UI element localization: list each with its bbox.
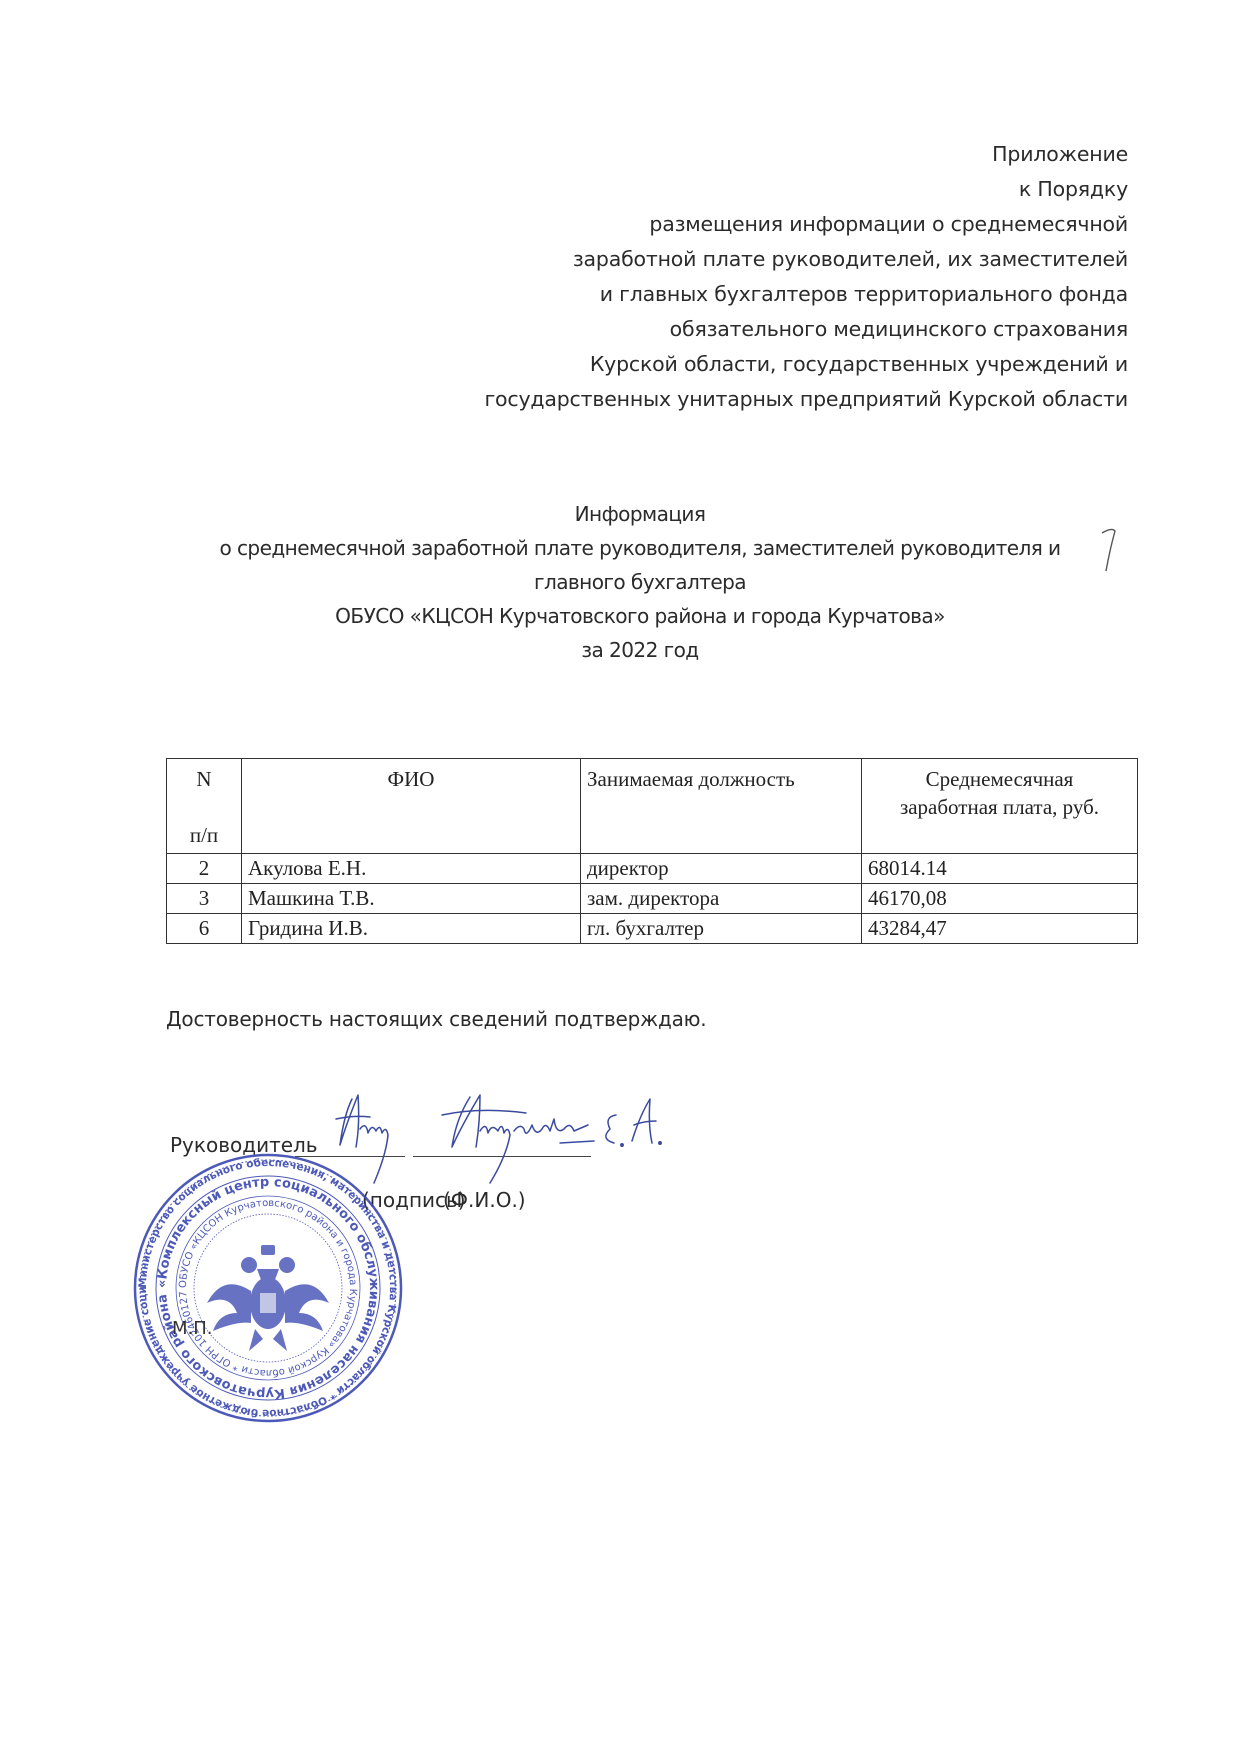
cell-position: директор bbox=[581, 854, 862, 884]
title-line: Информация bbox=[160, 497, 1120, 531]
header-number: N п/п bbox=[167, 759, 242, 854]
cell-salary: 43284,47 bbox=[862, 914, 1138, 944]
header-position: Занимаемая должность bbox=[581, 759, 862, 854]
official-stamp-icon: Министерство социального обеспечения, ма… bbox=[133, 1153, 403, 1423]
table-row: 2 Акулова Е.Н. директор 68014.14 bbox=[167, 854, 1138, 884]
cell-name: Машкина Т.В. bbox=[242, 884, 581, 914]
appendix-line: заработной плате руководителей, их замес… bbox=[484, 242, 1128, 277]
handwritten-signature-icon bbox=[330, 1085, 810, 1185]
appendix-line: Курской области, государственных учрежде… bbox=[484, 347, 1128, 382]
title-line: о среднемесячной заработной плате руково… bbox=[160, 531, 1120, 565]
appendix-line: размещения информации о среднемесячной bbox=[484, 207, 1128, 242]
appendix-header: Приложение к Порядку размещения информац… bbox=[484, 137, 1128, 417]
table-row: 3 Машкина Т.В. зам. директора 46170,08 bbox=[167, 884, 1138, 914]
cell-number: 3 bbox=[167, 884, 242, 914]
cell-name: Акулова Е.Н. bbox=[242, 854, 581, 884]
confirmation-text: Достоверность настоящих сведений подтвер… bbox=[166, 1007, 706, 1031]
name-caption: (Ф.И.О.) bbox=[443, 1188, 526, 1212]
document-title: Информация о среднемесячной заработной п… bbox=[160, 497, 1120, 667]
table-header-row: N п/п ФИО Занимаемая должность Среднемес… bbox=[167, 759, 1138, 854]
title-line: главного бухгалтера bbox=[160, 565, 1120, 599]
title-line: ОБУСО «КЦСОН Курчатовского района и горо… bbox=[160, 599, 1120, 633]
cell-salary: 68014.14 bbox=[862, 854, 1138, 884]
cell-salary: 46170,08 bbox=[862, 884, 1138, 914]
cell-number: 6 bbox=[167, 914, 242, 944]
cell-name: Гридина И.В. bbox=[242, 914, 581, 944]
table-row: 6 Гридина И.В. гл. бухгалтер 43284,47 bbox=[167, 914, 1138, 944]
salary-table: N п/п ФИО Занимаемая должность Среднемес… bbox=[166, 758, 1138, 944]
stamp-place-label: М.П. bbox=[172, 1318, 213, 1339]
appendix-line: и главных бухгалтеров территориального ф… bbox=[484, 277, 1128, 312]
title-line: за 2022 год bbox=[160, 633, 1120, 667]
appendix-line: обязательного медицинского страхования bbox=[484, 312, 1128, 347]
appendix-line: государственных унитарных предприятий Ку… bbox=[484, 382, 1128, 417]
cell-number: 2 bbox=[167, 854, 242, 884]
handwritten-mark-icon bbox=[1100, 525, 1120, 575]
header-salary: Среднемесячная заработная плата, руб. bbox=[862, 759, 1138, 854]
cell-position: гл. бухгалтер bbox=[581, 914, 862, 944]
appendix-line: к Порядку bbox=[484, 172, 1128, 207]
appendix-line: Приложение bbox=[484, 137, 1128, 172]
cell-position: зам. директора bbox=[581, 884, 862, 914]
header-name: ФИО bbox=[242, 759, 581, 854]
